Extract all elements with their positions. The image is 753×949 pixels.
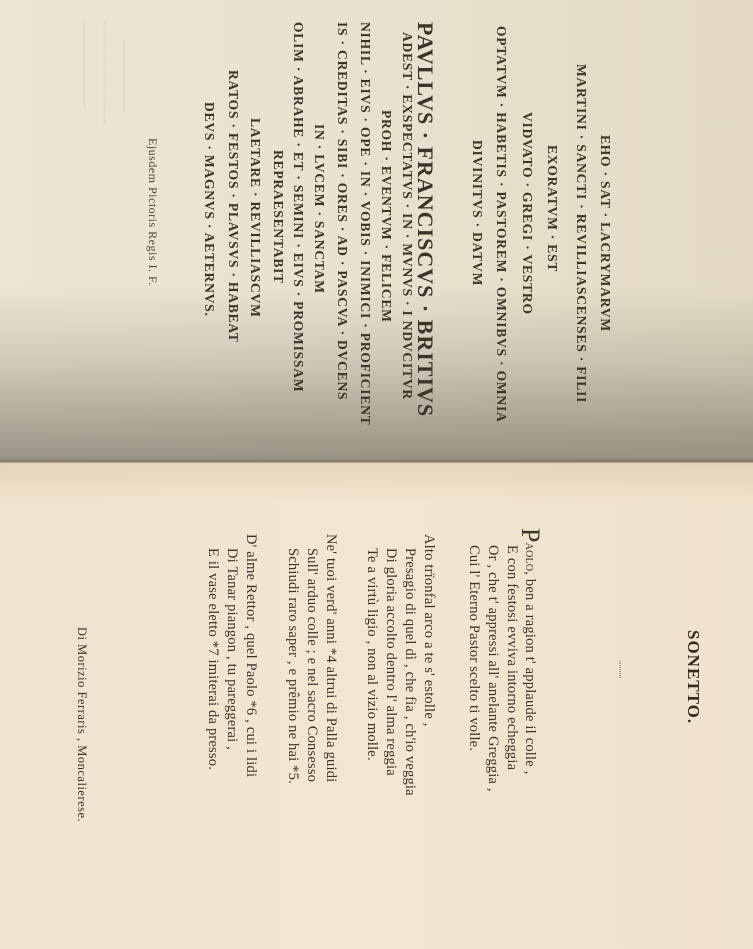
inscription-signature: Ejusdem Pictoris Regis I. F. xyxy=(145,138,160,286)
sonnet-line: Schiudi raro saper , e prêmio ne hai *5. xyxy=(284,548,301,784)
inscription-line: EHO · SAT · LACRYMARVM xyxy=(597,135,613,332)
sonnet-line: Di gloria accolto dentro l' alma reggia xyxy=(382,548,399,776)
sonnet-line: Cui l' Eterno Pastor scelto ti volle. xyxy=(465,545,482,751)
sonnet-line: Te a virtù ligio , non al vizio molle. xyxy=(363,548,380,761)
sonnet-line: Paolo, ben a ragion t' applaude il colle… xyxy=(517,528,543,775)
inscription-line: NIHIL · EIVS · OPE · IN · VOBIS · INIMIC… xyxy=(357,22,373,426)
inscription-line: OPTATVM · HABETIS · PASTOREM · OMNIBVS ·… xyxy=(493,26,509,423)
inscription-line: DEVS · MAGNVS · AETERNVS. xyxy=(201,102,217,317)
attribution-text: Di Morizio Ferraris , Moncalierese. xyxy=(75,627,89,822)
sonnet-title: SONETTO. xyxy=(683,630,703,724)
left-page xyxy=(0,0,753,462)
inscription-line: MARTINI · SANCTI · REVILLIASCENSES · FIL… xyxy=(573,64,589,403)
inscription-line: OLIM · ABRAHE · ET · SEMINI · EIVS · PRO… xyxy=(290,22,306,392)
inscription-line: PROH · EVENTVM · FELICEM xyxy=(378,110,394,323)
inscription-name-line: PAVLLVS · FRANCISCVS · BRITIVS xyxy=(412,22,438,417)
small-caps-word: aolo xyxy=(522,543,538,572)
show-through-text: ~~~~~~~~~~~~~~~~~~ xyxy=(98,20,110,127)
book-gutter xyxy=(0,461,753,463)
sonnet-line: Alto trïonfal arco a te s' estolle , xyxy=(420,534,437,727)
inscription-line: LAETARE · REVILLIASCVM xyxy=(247,118,263,318)
inscription-line: VIDVATO · GREGI · VESTRO xyxy=(519,112,535,315)
sonnet-line: Sull' arduo colle ; e nel sacro Consesso xyxy=(303,548,320,782)
inscription-line: DIVINITVS · DATVM xyxy=(469,140,485,286)
inscription-line: REPRAESENTABIT xyxy=(270,150,286,284)
sonnet-line: Di Tanar piangon , tu pareggerai , xyxy=(223,548,240,750)
sonnet-attribution: Di Morizio Ferraris , Moncalierese. xyxy=(74,627,89,822)
drop-capital: P xyxy=(516,528,545,543)
inscription-line: EXORATVM · EST xyxy=(544,145,560,272)
sonnet-line: Presagio di quel dì , che fia , ch'io ve… xyxy=(401,548,418,796)
sonnet-line: E con festosi evviva intorno echeggia xyxy=(503,545,520,770)
sonnet-line: D' alme Rettor , quel Paolo *6 , cui i l… xyxy=(242,534,259,777)
inscription-line: IN · LVCEM · SANCTAM xyxy=(311,124,327,294)
sonnet-line: Ne' tuoi verd' anni *4 altrui di Palla g… xyxy=(322,534,339,782)
ornament-divider: ········· xyxy=(615,660,625,678)
inscription-line: IS · CREDITAS · SIBI · ORES · AD · PASCV… xyxy=(334,22,350,400)
inscription-line: ADEST · EXSPECTATVS · IN · MVNVS · I NDV… xyxy=(399,32,415,400)
sonnet-line: E il vase eletto *7 imiterai da presso. xyxy=(204,548,221,770)
sonnet-line: Or , che t' appressi all' anelante Gregg… xyxy=(484,545,501,792)
inscription-line: RATOS · FESTOS · PLAVSVS · HABEAT xyxy=(225,70,241,343)
line-text: , ben a ragion t' applaude il colle , xyxy=(522,571,538,774)
show-through-text: ~~~~~~~~~~~~ xyxy=(118,40,130,111)
show-through-text: ~~~~~~~~~~~~~~~ xyxy=(78,20,90,109)
